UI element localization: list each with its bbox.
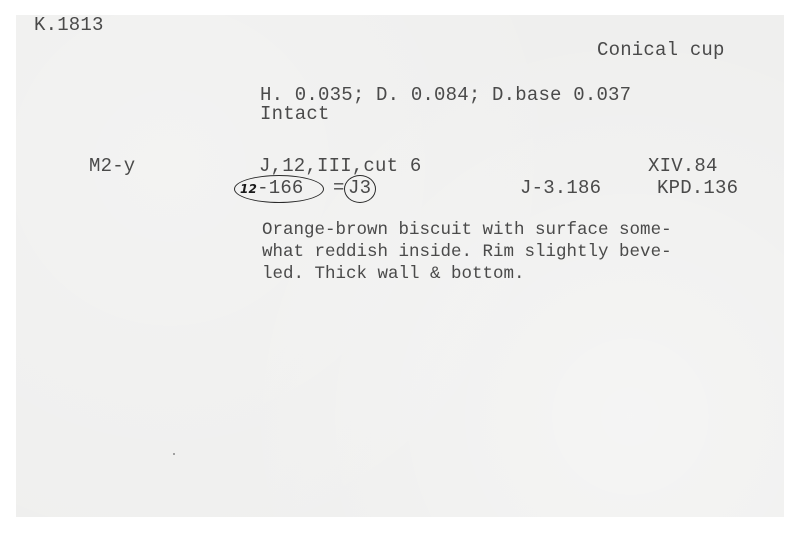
publication-ref: KPD.136 [657, 178, 738, 198]
paper-speck [173, 453, 175, 455]
equals-sign: = [333, 178, 345, 198]
find-number: 12-166 [240, 178, 304, 199]
description-line: Orange-brown biscuit with surface some- [262, 219, 672, 241]
description-line: led. Thick wall & bottom. [262, 263, 672, 285]
condition: Intact [260, 104, 330, 124]
find-number-typed: -166 [257, 177, 303, 199]
catalog-number: K.1813 [34, 15, 104, 35]
inventory-ref: J-3.186 [520, 178, 601, 198]
plate-ref: XIV.84 [648, 156, 718, 176]
find-number-handwritten: 12 [240, 182, 257, 196]
description: Orange-brown biscuit with surface some-w… [262, 219, 672, 285]
context: J,12,III,cut 6 [259, 156, 421, 176]
catalog-card: K.1813 Conical cup H. 0.035; D. 0.084; D… [16, 15, 784, 517]
location-code: M2-y [89, 156, 135, 176]
description-line: what reddish inside. Rim slightly beve- [262, 241, 672, 263]
object-type: Conical cup [597, 40, 725, 60]
dimensions: H. 0.035; D. 0.084; D.base 0.037 [260, 85, 631, 105]
circled-ref: J3 [348, 178, 371, 198]
